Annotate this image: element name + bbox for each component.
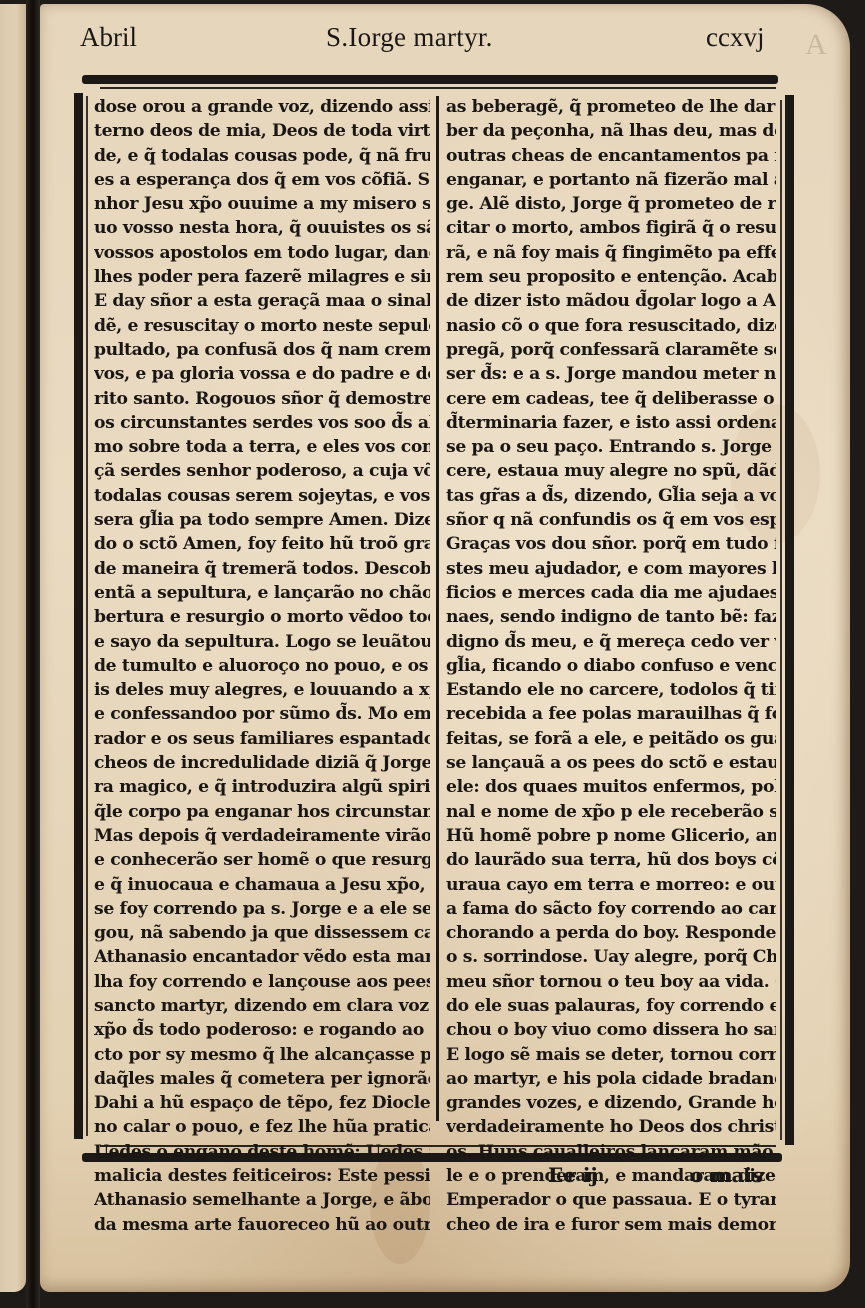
text-column-left: dose orou a grande voz, dizendo assi, Oe… bbox=[94, 95, 430, 1237]
text-line: o s. sorrindose. Uay alegre, porq̃ Chris… bbox=[446, 945, 776, 969]
text-line: citar o morto, ambos figirã q̃ o resusci… bbox=[446, 216, 776, 240]
text-line: çã serdes senhor poderoso, a cuja võtade bbox=[94, 459, 430, 483]
text-line: vossos apostolos em todo lugar, dando bbox=[94, 241, 430, 265]
text-line: do o sctõ Amen, foy feito hũ troõ grande bbox=[94, 532, 430, 556]
text-line: Emperador o que passaua. E o tyranno bbox=[446, 1188, 776, 1212]
text-line: se pa o seu paço. Entrando s. Jorge no c… bbox=[446, 435, 776, 459]
text-line: todalas cousas serem sojeytas, e vossa bbox=[94, 484, 430, 508]
text-line: vos, e pa gloria vossa e do padre e do s… bbox=[94, 362, 430, 386]
text-line: da mesma arte fauoreceo hũ ao outro, e bbox=[94, 1213, 430, 1237]
text-line: cere, estaua muy alegre no spũ, dãdo mui bbox=[446, 459, 776, 483]
text-line: chorando a perda do boy. Respondeolhe bbox=[446, 921, 776, 945]
text-line: os circunstantes serdes vos soo d̃s alti… bbox=[94, 411, 430, 435]
text-line: do laurãdo sua terra, hũ dos boys cõ q̃ … bbox=[446, 848, 776, 872]
text-line: rador e os seus familiares espantados e bbox=[94, 727, 430, 751]
text-line: es a esperança dos q̃ em vos cõfiã. Se bbox=[94, 168, 430, 192]
text-line: chou o boy viuo como dissera ho sancto, bbox=[446, 1018, 776, 1042]
text-line: uraua cayo em terra e morreo: e ouuindo bbox=[446, 873, 776, 897]
text-line: se lançauã a os pees do sctõ e estauã cõ bbox=[446, 751, 776, 775]
text-line: ao martyr, e his pola cidade bradando a bbox=[446, 1067, 776, 1091]
catchword: o mais bbox=[690, 1163, 763, 1187]
text-line: recebida a fee polas marauilhas q̃ forã bbox=[446, 702, 776, 726]
text-line: sñor q nã confundis os q̃ em vos esperã, bbox=[446, 508, 776, 532]
text-line: is deles muy alegres, e louuando a xp̃o, bbox=[94, 678, 430, 702]
text-line: nal e nome de xp̃o p ele receberão saude… bbox=[446, 800, 776, 824]
text-line: rito santo. Rogouos sñor q̃ demostreis a bbox=[94, 387, 430, 411]
text-line: verdadeiramente ho Deos dos christã bbox=[446, 1115, 776, 1139]
text-line: do ele suas palauras, foy correndo e a- bbox=[446, 994, 776, 1018]
text-line: ficios e merces cada dia me ajudaes e or bbox=[446, 581, 776, 605]
text-line: ele: dos quaes muitos enfermos, polo si- bbox=[446, 775, 776, 799]
text-line: Athanasio encantador vẽdo esta marauí bbox=[94, 945, 430, 969]
text-line: Dahi a hũ espaço de tẽpo, fez Dioclecia bbox=[94, 1091, 430, 1115]
text-line: entã a sepultura, e lançarão no chão a c… bbox=[94, 581, 430, 605]
text-line: sera gl̃ia pa todo sempre Amen. Dizen- bbox=[94, 508, 430, 532]
text-line: de, e q̃ todalas cousas pode, q̃ nã frus… bbox=[94, 144, 430, 168]
text-line: pregã, porq̃ confessarã claramẽte soo xp… bbox=[446, 338, 776, 362]
text-line: se foy correndo pa s. Jorge e a ele se c… bbox=[94, 897, 430, 921]
text-line: e sayo da sepultura. Logo se leuãtou grã bbox=[94, 630, 430, 654]
text-line: cheos de incredulidade diziã q̃ Jorge e- bbox=[94, 751, 430, 775]
running-head: Abril S.Iorge martyr. ccxvj bbox=[78, 22, 808, 62]
book-gutter bbox=[26, 0, 40, 1308]
text-line: grandes vozes, e dizendo, Grande he bbox=[446, 1091, 776, 1115]
text-line: lhes poder pera fazerẽ milagres e sinaes… bbox=[94, 265, 430, 289]
text-line: ber da peçonha, nã lhas deu, mas deulhe bbox=[446, 119, 776, 143]
text-line: e confessandoo por sũmo d̃s. Mo empe- bbox=[94, 702, 430, 726]
text-line: digno d̃s meu, e q̃ mereça cedo ver voss… bbox=[446, 630, 776, 654]
text-line: a fama do sãcto foy correndo ao carcere bbox=[446, 897, 776, 921]
adjacent-page-edge bbox=[0, 4, 26, 1292]
text-line: meu sñor tornou o teu boy aa vida. Cre ẽ bbox=[446, 970, 776, 994]
signature-mark: Ee ij bbox=[548, 1163, 598, 1187]
text-line: tas gr̃as a d̃s, dizendo, Gl̃ia seja a v… bbox=[446, 484, 776, 508]
text-line: Estando ele no carcere, todolos q̃ tinhã bbox=[446, 678, 776, 702]
column-divider bbox=[436, 96, 439, 1121]
text-line: Uedes o engano deste homẽ: Uedes a bbox=[94, 1140, 430, 1164]
text-line: rã, e nã foy mais q̃ fingimẽto pa effect… bbox=[446, 241, 776, 265]
text-line: cheo de ira e furor sem mais demora, e s… bbox=[446, 1213, 776, 1237]
text-line: mo sobre toda a terra, e eles vos conhe- bbox=[94, 435, 430, 459]
text-line: stes meu ajudador, e com mayores bene bbox=[446, 557, 776, 581]
right-border-rule-thin bbox=[780, 100, 782, 1140]
text-line: outras cheas de encantamentos pa nos bbox=[446, 144, 776, 168]
text-line: Graças vos dou sñor. porq̃ em tudo fo- bbox=[446, 532, 776, 556]
text-line: lha foy correndo e lançouse aos pees do bbox=[94, 970, 430, 994]
text-line: malicia destes feiticeiros: Este pessimo bbox=[94, 1164, 430, 1188]
text-line: daq̃les males q̃ cometera per ignorãcia. bbox=[94, 1067, 430, 1091]
text-line: sancto martyr, dizendo em clara voz ser bbox=[94, 994, 430, 1018]
text-line: uo vosso nesta hora, q̃ ouuistes os sãct… bbox=[94, 216, 430, 240]
top-rule bbox=[82, 75, 778, 84]
left-border-rule bbox=[74, 93, 83, 1139]
running-head-title: S.Iorge martyr. bbox=[326, 22, 493, 53]
text-line: de maneira q̃ tremerã todos. Descobrirã bbox=[94, 557, 430, 581]
text-line: Mas depois q̃ verdadeiramente virão bbox=[94, 824, 430, 848]
text-line: bertura e resurgio o morto vẽdoo todos bbox=[94, 605, 430, 629]
right-border-rule bbox=[785, 95, 794, 1145]
text-line: terno deos de mia, Deos de toda virtu bbox=[94, 119, 430, 143]
text-line: e q̃ inuocaua e chamaua a Jesu xp̃o, e q… bbox=[94, 873, 430, 897]
text-line: gou, nã sabendo ja que dissessem calarãs… bbox=[94, 921, 430, 945]
offset-print-ghost: A bbox=[805, 28, 827, 62]
text-line: ge. Alẽ disto, Jorge q̃ prometeo de resu… bbox=[446, 192, 776, 216]
text-line: no calar o pouo, e fez lhe hũa pratica t… bbox=[94, 1115, 430, 1139]
text-line: pultado, pa confusã dos q̃ nam crem em bbox=[94, 338, 430, 362]
text-line: ser d̃s: e a s. Jorge mandou meter no ca… bbox=[446, 362, 776, 386]
left-border-rule-thin bbox=[86, 96, 88, 1136]
text-line: e conhecerão ser homẽ o que resurgira bbox=[94, 848, 430, 872]
text-line: dose orou a grande voz, dizendo assi, Oe bbox=[94, 95, 430, 119]
text-line: naes, sendo indigno de tanto bẽ: fazeime bbox=[446, 605, 776, 629]
text-line: feitas, se forã a ele, e peitãdo os guar… bbox=[446, 727, 776, 751]
text-line: rem seu proposito e entenção. Acabado bbox=[446, 265, 776, 289]
folio-number: ccxvj bbox=[706, 22, 764, 53]
text-line: ra magico, e q̃ introduzira algũ spirito… bbox=[94, 775, 430, 799]
text-line: gl̃ia, ficando o diabo confuso e vencido… bbox=[446, 654, 776, 678]
text-line: q̃le corpo pa enganar hos circunstantes. bbox=[94, 800, 430, 824]
text-line: E logo sẽ mais se deter, tornou correndo bbox=[446, 1043, 776, 1067]
text-line: Athanasio semelhante a Jorge, e ãbos bbox=[94, 1188, 430, 1212]
text-line: Hũ homẽ pobre p nome Glicerio, andã bbox=[446, 824, 776, 848]
text-line: as beberagẽ, q̃ prometeo de lhe dar a be bbox=[446, 95, 776, 119]
text-line: nasio cõ o que fora resuscitado, dizendo… bbox=[446, 314, 776, 338]
text-line: E day sñor a esta geraçã maa o sinal q̃ … bbox=[94, 289, 430, 313]
text-line: os. Huns caualleiros lançaram mão de bbox=[446, 1140, 776, 1164]
text-line: de dizer isto mãdou d̃golar logo a Atha bbox=[446, 289, 776, 313]
text-line: xp̃o d̃s todo poderoso: e rogando ao san bbox=[94, 1018, 430, 1042]
text-line: d̃terminaria fazer, e isto assi ordenado… bbox=[446, 411, 776, 435]
text-line: enganar, e portanto nã fizerão mal a Jor bbox=[446, 168, 776, 192]
text-column-right: as beberagẽ, q̃ prometeo de lhe dar a be… bbox=[446, 95, 776, 1237]
top-rule-thin bbox=[100, 87, 776, 89]
text-line: nhor Jesu xp̃o ouuime a my misero ser- bbox=[94, 192, 430, 216]
running-head-month: Abril bbox=[80, 22, 137, 53]
text-line: cto por sy mesmo q̃ lhe alcançasse perdã… bbox=[94, 1043, 430, 1067]
text-line: dẽ, e resuscitay o morto neste sepulchro… bbox=[94, 314, 430, 338]
text-line: de tumulto e aluoroço no pouo, e os ma bbox=[94, 654, 430, 678]
text-line: cere em cadeas, tee q̃ deliberasse o q̃ … bbox=[446, 387, 776, 411]
